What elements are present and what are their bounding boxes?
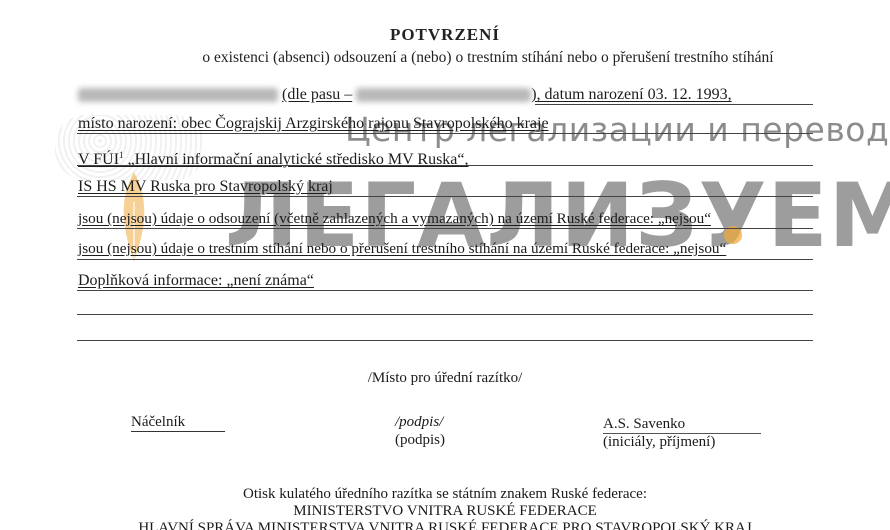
stamp-line-2: HLAVNÍ SPRÁVA MINISTERSTVA VNITRA RUSKÉ … <box>0 520 890 530</box>
rule-1 <box>535 104 813 105</box>
document-subtitle: o existenci (absenci) odsouzení a (nebo)… <box>0 49 890 67</box>
rule-5 <box>77 228 813 229</box>
line-birthplace: místo narození: obec Čograjskij Arzgirsk… <box>78 115 549 133</box>
line-conviction: jsou (nejsou) údaje o odsouzení (včetně … <box>78 210 711 228</box>
rule-6 <box>77 259 813 260</box>
redacted-name <box>78 88 278 102</box>
birth-date: ), datum narození 03. 12. 1993, <box>531 86 731 103</box>
stamp-line-1: MINISTERSTVO VNITRA RUSKÉ FEDERACE <box>0 503 890 520</box>
signature-value: /podpis/ <box>395 414 443 431</box>
rule-2 <box>77 133 813 134</box>
redacted-passport-name <box>356 88 531 102</box>
line-additional-info: Doplňková informace: „není známa“ <box>78 272 314 290</box>
passport-label: (dle pasu – <box>282 86 352 103</box>
stamp-place-label: /Místo pro úřední razítko/ <box>0 370 890 387</box>
line-is-hs: IS HS MV Ruska pro Stavropolský kraj <box>78 178 333 196</box>
rule-8 <box>77 314 813 315</box>
line-name-passport: (dle pasu – ), datum narození 03. 12. 19… <box>78 86 732 104</box>
signer-name: A.S. Savenko <box>603 416 761 434</box>
position-title: Náčelník <box>131 414 225 432</box>
rule-4 <box>77 196 813 197</box>
line-prosecution: jsou (nejsou) údaje o trestním stíhání n… <box>78 240 726 258</box>
stamp-intro: Otisk kulatého úředního razítka se státn… <box>0 486 890 503</box>
rule-7 <box>77 290 813 291</box>
document-title: POTVRZENÍ <box>0 25 890 45</box>
rule-3 <box>77 165 813 166</box>
signature-caption: (podpis) <box>395 432 445 449</box>
signer-caption: (iniciály, příjmení) <box>603 434 715 451</box>
rule-9 <box>77 340 813 341</box>
